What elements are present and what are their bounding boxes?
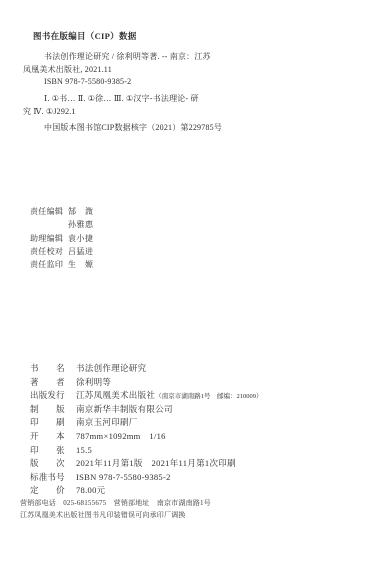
colophon-label: 标准书号: [30, 471, 76, 485]
cip-entry-line1: 书法创作理论研究 / 徐利明等著. -- 南京：江苏: [44, 51, 211, 62]
colophon-row-author: 著 者徐利明等: [30, 376, 262, 390]
colophon-label: 制 版: [30, 403, 76, 417]
colophon-block: 书 名书法创作理论研究 著 者徐利明等 出版发行江苏凤凰美术出版社（南京市湖南路…: [30, 362, 262, 498]
credit-person: 生 嫄: [68, 258, 94, 271]
colophon-value: 南京玉河印刷厂: [76, 417, 138, 427]
colophon-label: 印 刷: [30, 416, 76, 430]
footer-block: 营销部电话 025-68155675 营销部地址 南京市湖南路1号 江苏凤凰美术…: [20, 498, 211, 521]
colophon-row-sheets: 印 张15.5: [30, 444, 262, 458]
footer-sales-contact: 营销部电话 025-68155675 营销部地址 南京市湖南路1号: [20, 498, 211, 510]
colophon-label: 开 本: [30, 430, 76, 444]
colophon-label: 印 张: [30, 444, 76, 458]
cip-record-number: 中国版本图书馆CIP数据核字（2021）第229785号: [44, 122, 222, 133]
credit-role: 责任校对: [30, 245, 68, 258]
credit-role: 责任编辑: [30, 205, 68, 218]
colophon-value: ISBN 978-7-5580-9385-2: [76, 472, 171, 482]
colophon-value: 江苏凤凰美术出版社: [76, 390, 155, 400]
credit-person: 孙雅惠: [68, 218, 94, 231]
credit-role: 助理编辑: [30, 232, 68, 245]
colophon-value: 15.5: [76, 445, 92, 455]
colophon-row-publisher: 出版发行江苏凤凰美术出版社（南京市湖南路1号 邮编：210009）: [30, 389, 262, 403]
colophon-value: 78.00元: [76, 485, 105, 495]
credit-role: 责任监印: [30, 258, 68, 271]
colophon-label: 版 次: [30, 457, 76, 471]
credit-row: 责任校对吕猛进: [30, 245, 94, 258]
colophon-row-platemaking: 制 版南京新华丰制版有限公司: [30, 403, 262, 417]
credit-person: 吕猛进: [68, 245, 94, 258]
colophon-value: 南京新华丰制版有限公司: [76, 404, 173, 414]
cip-entry-line2: 凤凰美术出版社, 2021.11: [23, 64, 112, 75]
colophon-row-format: 开 本787mm×1092mm 1/16: [30, 430, 262, 444]
cip-classification-line2: 究 Ⅳ. ①J292.1: [23, 106, 76, 117]
footer-exchange-notice: 江苏凤凰美术出版社图书凡印装错误可向承印厂调换: [20, 510, 211, 522]
colophon-label: 著 者: [30, 376, 76, 390]
colophon-value: 2021年11月第1版 2021年11月第1次印刷: [76, 458, 236, 468]
colophon-label: 书 名: [30, 362, 76, 376]
colophon-row-isbn: 标准书号ISBN 978-7-5580-9385-2: [30, 471, 262, 485]
credits-block: 责任编辑郜 溦 孙雅惠 助理编辑袁小捷 责任校对吕猛进 责任监印生 嫄: [30, 205, 94, 271]
credit-row: 责任监印生 嫄: [30, 258, 94, 271]
colophon-row-edition: 版 次2021年11月第1版 2021年11月第1次印刷: [30, 457, 262, 471]
colophon-value: 书法创作理论研究: [76, 363, 146, 373]
colophon-label: 出版发行: [30, 389, 76, 403]
colophon-value: 787mm×1092mm 1/16: [76, 431, 166, 441]
cip-heading: 图书在版编目（CIP）数据: [33, 30, 137, 42]
credit-row: 孙雅惠: [30, 218, 94, 231]
copyright-page: 图书在版编目（CIP）数据 书法创作理论研究 / 徐利明等著. -- 南京：江苏…: [0, 0, 375, 568]
cip-classification-line1: Ⅰ. ①书… Ⅱ. ①徐… Ⅲ. ①汉字-书法理论- 研: [44, 93, 199, 104]
colophon-row-title: 书 名书法创作理论研究: [30, 362, 262, 376]
colophon-value: 徐利明等: [76, 377, 111, 387]
colophon-label: 定 价: [30, 484, 76, 498]
credit-person: 袁小捷: [68, 232, 94, 245]
credit-person: 郜 溦: [68, 205, 94, 218]
cip-isbn: ISBN 978-7-5580-9385-2: [44, 77, 131, 86]
credit-row: 责任编辑郜 溦: [30, 205, 94, 218]
colophon-row-price: 定 价78.00元: [30, 484, 262, 498]
colophon-note: （南京市湖南路1号 邮编：210009）: [155, 393, 262, 400]
colophon-row-printing: 印 刷南京玉河印刷厂: [30, 416, 262, 430]
credit-row: 助理编辑袁小捷: [30, 232, 94, 245]
